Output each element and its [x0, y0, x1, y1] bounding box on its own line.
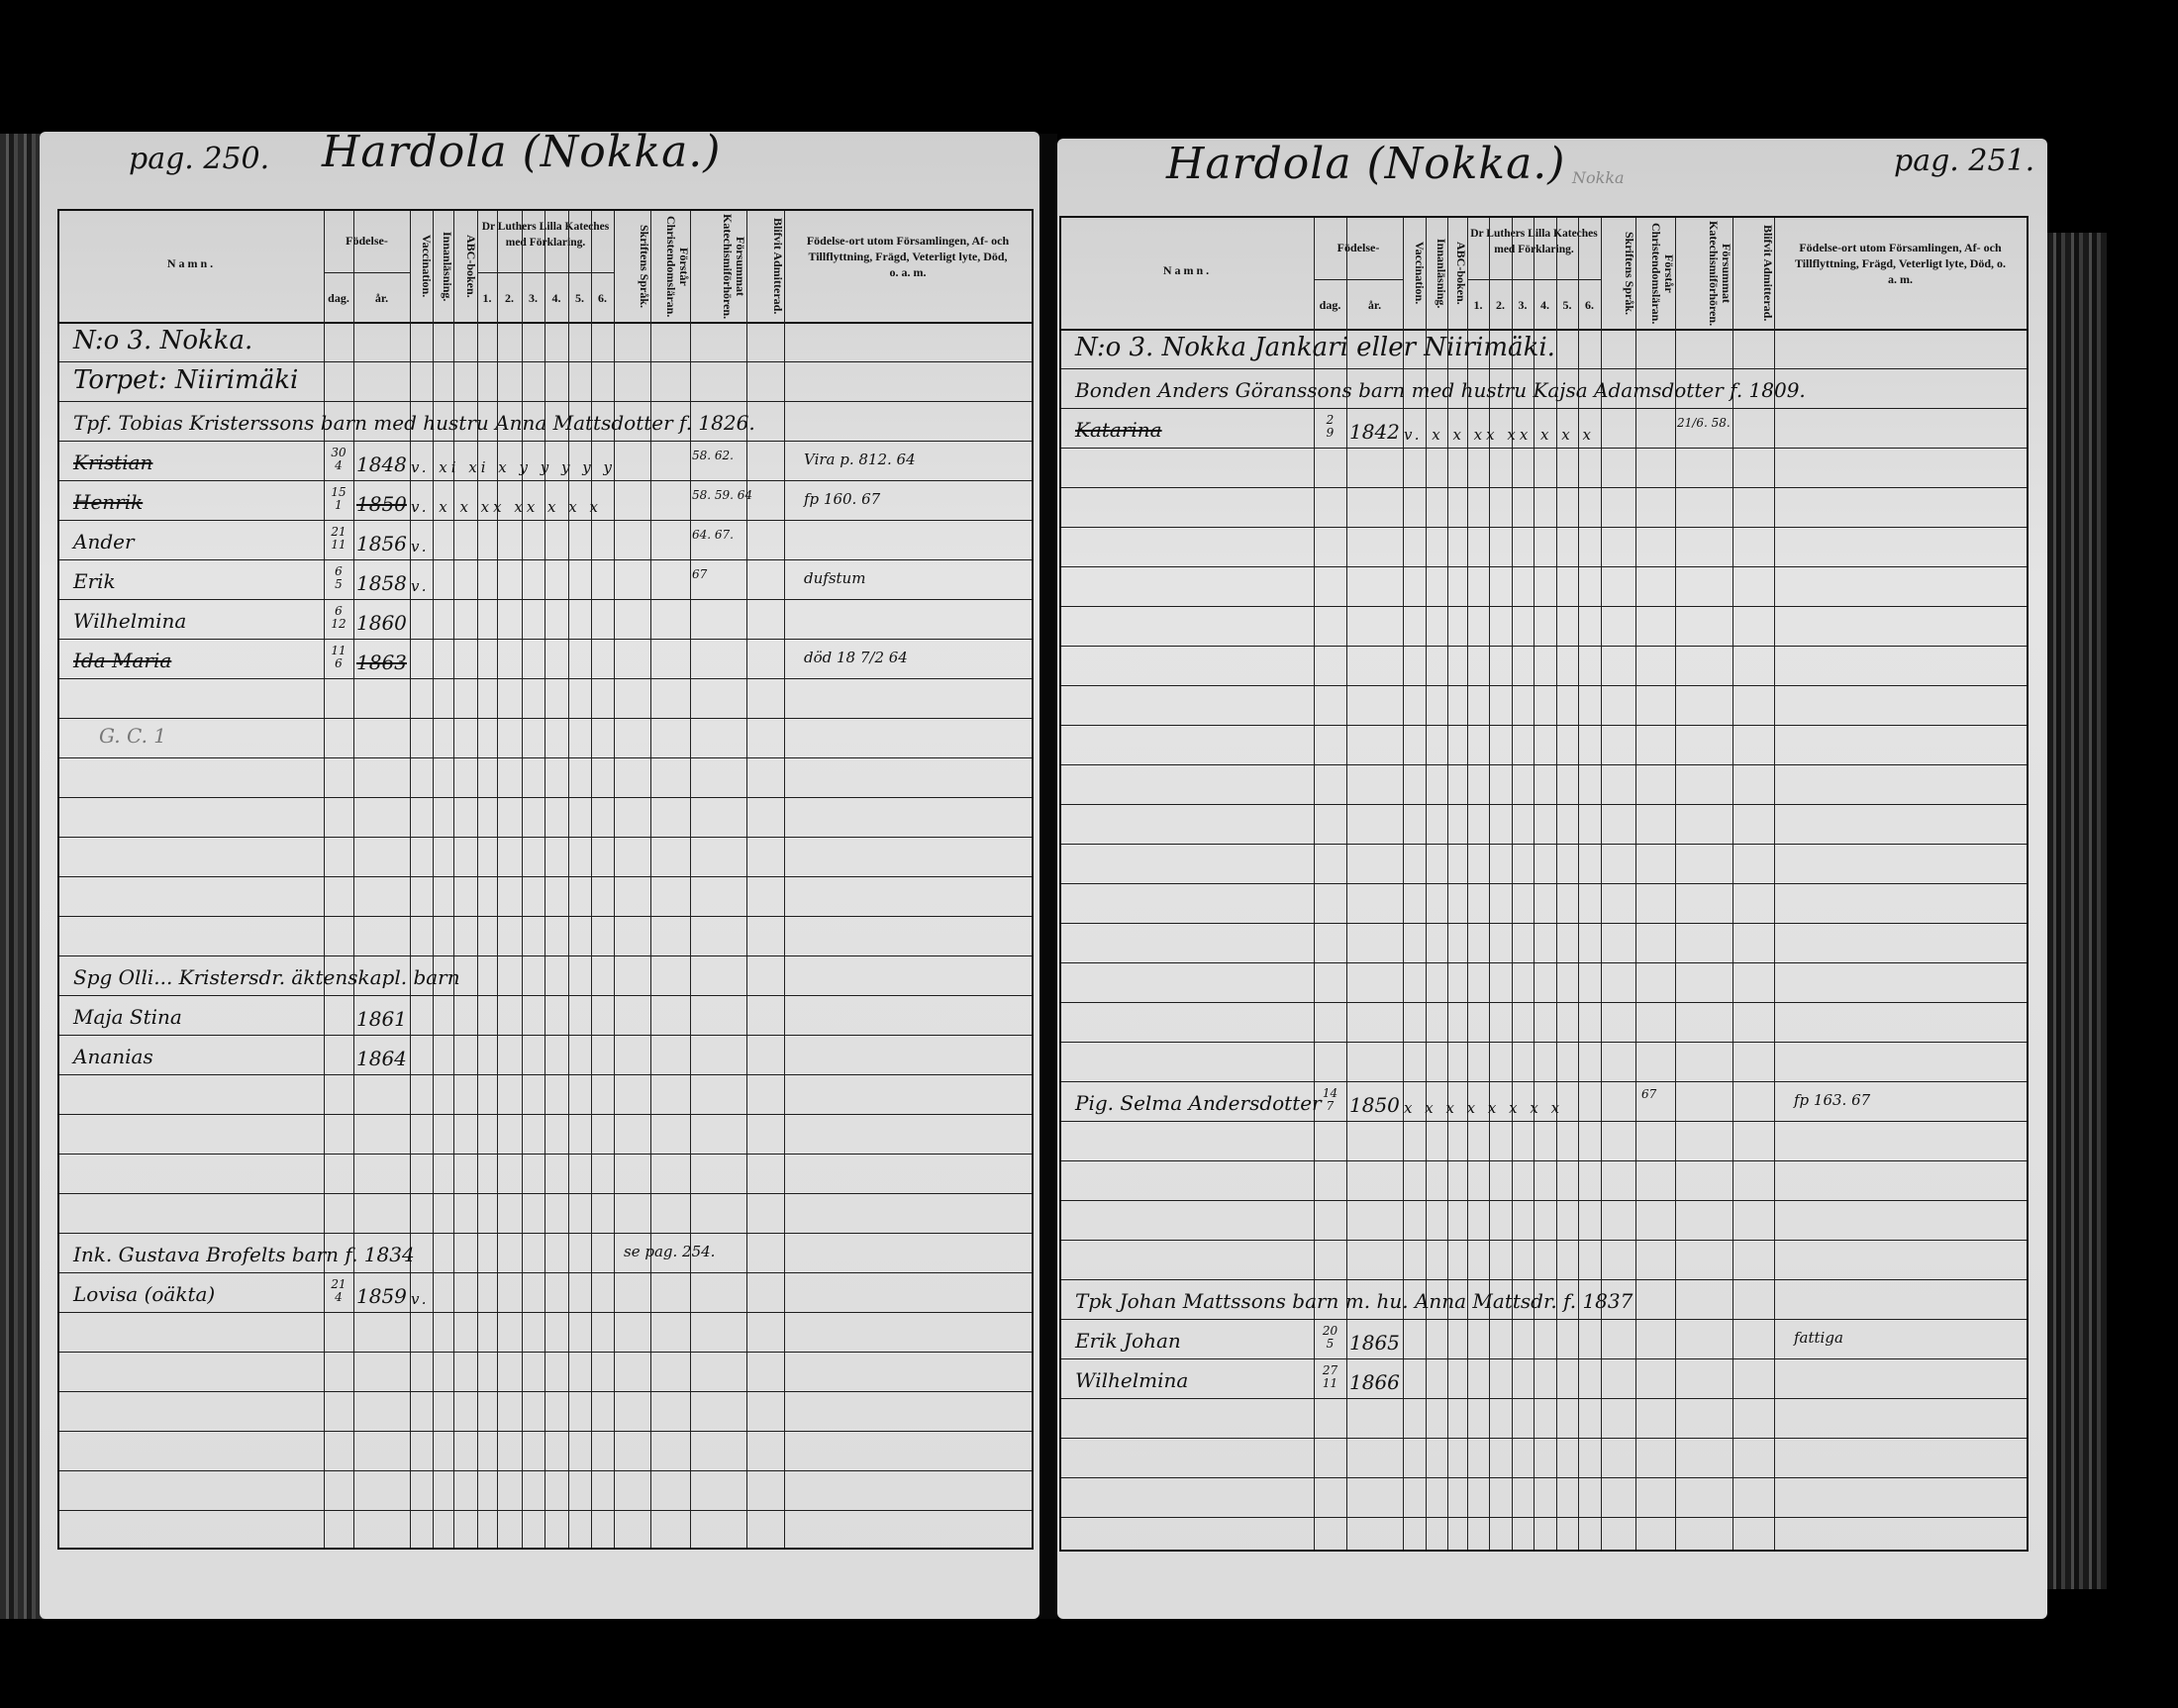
row-rule — [59, 1470, 1032, 1471]
row-rule — [59, 718, 1032, 719]
row-rule — [1061, 1042, 2027, 1043]
row-rule — [1061, 1398, 2027, 1399]
row-rule — [59, 401, 1032, 402]
birth-subheader-rule — [1314, 279, 1403, 280]
entry-name: Wilhelmina — [1075, 1368, 1188, 1392]
reading-marks: v. x x xx xx x x x — [1404, 426, 1595, 444]
row-rule — [1061, 408, 2027, 409]
header-forstar: Förstår Christendomsläran. — [650, 217, 690, 316]
header-luther-part: 4. — [544, 290, 568, 306]
row-rule — [59, 837, 1032, 838]
header-vaccination: Vaccination. — [410, 217, 433, 316]
birth-subheader-rule — [324, 272, 410, 273]
row-rule — [59, 955, 1032, 956]
header-luther-part: 3. — [522, 290, 544, 306]
birth-year: 1850 — [356, 492, 407, 516]
header-blifvit: Blifvit Admitterad. — [1732, 224, 1774, 323]
birth-day-month: 2711 — [1318, 1364, 1342, 1390]
birth-month: 6 — [335, 657, 343, 670]
reading-marks: v. — [411, 1290, 430, 1308]
header-innanlasning: Innanläsning. — [1426, 224, 1447, 323]
right-page: Hardola (Nokka.) Nokka pag. 251. Namn.Fö… — [1057, 139, 2047, 1619]
birth-year: 1860 — [356, 611, 407, 635]
row-rule — [1061, 883, 2027, 884]
row-rule — [59, 1154, 1032, 1155]
row-rule — [59, 1312, 1032, 1313]
row-rule — [1061, 804, 2027, 805]
reading-marks: v. x x xx xx x x x — [411, 498, 602, 516]
entry-name: Erik Johan — [1075, 1329, 1181, 1353]
header-birth-day: dag. — [1314, 297, 1346, 313]
birth-month: 7 — [1327, 1100, 1335, 1113]
row-rule — [59, 678, 1032, 679]
row-rule — [59, 1035, 1032, 1036]
header-luther-part: 1. — [1467, 297, 1489, 313]
entry-name: Pig. Selma Andersdotter — [1075, 1091, 1322, 1115]
birth-month: 4 — [335, 459, 343, 472]
row-rule — [59, 480, 1032, 481]
forsummat-value: 64. 67. — [692, 528, 734, 542]
entry-name: Wilhelmina — [73, 609, 186, 633]
row-rule — [1061, 1240, 2027, 1241]
page-title: Hardola (Nokka.) — [1166, 139, 1565, 189]
row-rule — [1061, 1200, 2027, 1201]
birth-day-month: 29 — [1318, 414, 1342, 440]
entry-name: Kristian — [73, 451, 152, 474]
header-birth-year: år. — [1346, 297, 1403, 313]
birth-day-month: 612 — [328, 605, 349, 631]
page-title: Hardola (Nokka.) — [322, 127, 721, 177]
birth-year: 1859 — [356, 1284, 407, 1308]
entry-name: Lovisa (oäkta) — [73, 1282, 215, 1306]
birth-day-month: 304 — [328, 447, 349, 472]
entry-name: Ida Maria — [73, 649, 171, 672]
row-rule — [59, 995, 1032, 996]
remarks-value: fp 160. 67 — [804, 490, 880, 508]
birth-day-month: 2111 — [328, 526, 349, 552]
row-rule — [59, 757, 1032, 758]
entry-name: Tpf. Tobias Kristerssons barn med hustru… — [73, 411, 755, 435]
remarks-value: fattiga — [1794, 1329, 1843, 1347]
header-forsummat: Försummat Katechismiförhören. — [1675, 224, 1732, 323]
remarks-value: död 18 7/2 64 — [804, 649, 908, 666]
row-rule — [59, 1510, 1032, 1511]
birth-day-month: 205 — [1318, 1325, 1342, 1351]
pencil-note: Nokka — [1572, 168, 1625, 187]
header-forsummat: Försummat Katechismiförhören. — [690, 217, 746, 316]
header-luther-part: 5. — [1556, 297, 1578, 313]
birth-month: 4 — [335, 1291, 343, 1304]
entry-name: Katarina — [1075, 418, 1162, 442]
row-rule — [1061, 1002, 2027, 1003]
header-innanlasning: Innanläsning. — [433, 217, 453, 316]
header-luther-part: 6. — [1578, 297, 1601, 313]
row-rule — [59, 1431, 1032, 1432]
entry-name: Torpet: Niirimäki — [73, 365, 298, 395]
row-rule — [1061, 1438, 2027, 1439]
birth-year: 1864 — [356, 1047, 407, 1070]
header-remarks: Födelse-ort utom Församlingen, Af- och T… — [1794, 240, 2007, 287]
row-rule — [59, 1352, 1032, 1353]
entry-name: Tpk Johan Mattssons barn m. hu. Anna Mat… — [1075, 1289, 1633, 1313]
reading-marks: x x x x x x x x — [1404, 1099, 1563, 1117]
table-header: Namn.Födelse-dag.år.Vaccination.Innanläs… — [1061, 218, 2027, 331]
header-birth: Födelse- — [324, 233, 410, 249]
reading-marks: v. xi xi x y y y y y — [411, 458, 616, 476]
birth-year: 1863 — [356, 651, 407, 674]
register-table-left: Namn.Födelse-dag.år.Vaccination.Innanläs… — [57, 209, 1034, 1550]
birth-month: 9 — [1327, 427, 1335, 440]
entry-name: Spg Olli... Kristersdr. äktenskapl. barn — [73, 965, 460, 989]
birth-day-month: 151 — [328, 486, 349, 512]
row-rule — [1061, 566, 2027, 567]
header-name: Namn. — [1061, 262, 1314, 278]
row-rule — [1061, 1358, 2027, 1359]
birth-day-month: 65 — [328, 565, 349, 591]
book-binding-right — [2047, 233, 2107, 1589]
header-abc: ABC-boken. — [1447, 224, 1467, 323]
row-rule — [1061, 606, 2027, 607]
header-remarks: Födelse-ort utom Församlingen, Af- och T… — [804, 233, 1012, 280]
row-rule — [1061, 1081, 2027, 1082]
header-skriftens: Skriftens Språk. — [614, 217, 650, 316]
birth-year: 1850 — [1349, 1093, 1400, 1117]
forsummat-value: 58. 62. — [692, 449, 734, 462]
entry-name: Ananias — [73, 1045, 153, 1068]
entry-name: N:o 3. Nokka. — [73, 326, 252, 355]
row-rule — [1061, 1477, 2027, 1478]
row-rule — [1061, 764, 2027, 765]
birth-month: 11 — [331, 539, 346, 552]
row-rule — [59, 1193, 1032, 1194]
row-rule — [59, 1272, 1032, 1273]
page-number: pag. 250. — [129, 142, 269, 176]
birth-month: 12 — [331, 618, 346, 631]
row-rule — [1061, 1279, 2027, 1280]
forsummat-value: 21/6. 58. — [1677, 416, 1731, 430]
birth-day-month: 116 — [328, 645, 349, 670]
row-rule — [59, 1391, 1032, 1392]
header-skriftens: Skriftens Språk. — [1601, 224, 1635, 323]
pencil-note: G. C. 1 — [99, 724, 166, 748]
header-luther-part: 2. — [1489, 297, 1512, 313]
row-rule — [1061, 1319, 2027, 1320]
remarks-value: Vira p. 812. 64 — [804, 451, 916, 468]
birth-year: 1865 — [1349, 1331, 1400, 1355]
header-name: Namn. — [59, 255, 324, 271]
row-rule — [1061, 1121, 2027, 1122]
entry-name: Ander — [73, 530, 135, 553]
birth-year: 1856 — [356, 532, 407, 555]
birth-year: 1861 — [356, 1007, 407, 1031]
birth-year: 1866 — [1349, 1370, 1400, 1394]
forsummat-value: 58. 59. 64 — [692, 488, 752, 502]
header-luther-part: 6. — [591, 290, 614, 306]
header-birth-day: dag. — [324, 290, 353, 306]
header-luther-part: 3. — [1512, 297, 1534, 313]
row-rule — [1061, 646, 2027, 647]
row-rule — [59, 1114, 1032, 1115]
header-luther-part: 4. — [1534, 297, 1556, 313]
entry-name: Ink. Gustava Brofelts barn f. 1834 — [73, 1243, 415, 1266]
header-luther-part: 5. — [568, 290, 591, 306]
entry-name: Maja Stina — [73, 1005, 182, 1029]
reading-marks: v. — [411, 538, 430, 555]
row-rule — [1061, 527, 2027, 528]
remarks-value: fp 163. 67 — [1794, 1091, 1870, 1109]
birth-day-month: 147 — [1318, 1087, 1342, 1113]
row-rule — [1061, 1517, 2027, 1518]
remarks-value: se pag. 254. — [624, 1243, 715, 1260]
row-rule — [1061, 487, 2027, 488]
birth-year: 1848 — [356, 452, 407, 476]
entry-name: Erik — [73, 569, 116, 593]
birth-year: 1842 — [1349, 420, 1400, 444]
entry-name: N:o 3. Nokka Jankari eller Niirimäki. — [1075, 333, 1555, 362]
reading-marks: v. — [411, 577, 430, 595]
header-blifvit: Blifvit Admitterad. — [746, 217, 784, 316]
row-rule — [59, 1233, 1032, 1234]
birth-day-month: 214 — [328, 1278, 349, 1304]
row-rule — [1061, 1160, 2027, 1161]
row-rule — [59, 639, 1032, 640]
row-rule — [59, 559, 1032, 560]
birth-year: 1858 — [356, 571, 407, 595]
entry-name: Bonden Anders Göranssons barn med hustru… — [1075, 378, 1806, 402]
row-rule — [59, 1074, 1032, 1075]
row-rule — [1061, 368, 2027, 369]
table-header: Namn.Födelse-dag.år.Vaccination.Innanläs… — [59, 211, 1032, 324]
forstar-value: 67 — [1641, 1087, 1656, 1101]
row-rule — [59, 797, 1032, 798]
column-rule — [784, 211, 785, 1548]
birth-month: 1 — [335, 499, 343, 512]
row-rule — [59, 916, 1032, 917]
header-luther-part: 2. — [497, 290, 522, 306]
row-rule — [1061, 962, 2027, 963]
header-birth-year: år. — [353, 290, 410, 306]
row-rule — [1061, 844, 2027, 845]
birth-month: 5 — [1327, 1338, 1335, 1351]
birth-month: 11 — [1323, 1377, 1337, 1390]
row-rule — [1061, 923, 2027, 924]
header-forstar: Förstår Christendomsläran. — [1635, 224, 1675, 323]
row-rule — [59, 441, 1032, 442]
book-gutter — [1039, 134, 1057, 1619]
row-rule — [1061, 448, 2027, 449]
row-rule — [59, 361, 1032, 362]
header-abc: ABC-boken. — [453, 217, 477, 316]
row-rule — [59, 599, 1032, 600]
row-rule — [1061, 685, 2027, 686]
row-rule — [59, 876, 1032, 877]
left-page: pag. 250. Hardola (Nokka.) Namn.Födelse-… — [40, 132, 1039, 1619]
remarks-value: dufstum — [804, 569, 865, 587]
forsummat-value: 67 — [692, 567, 707, 581]
row-rule — [1061, 725, 2027, 726]
entry-name: Henrik — [73, 490, 143, 514]
header-birth: Födelse- — [1314, 240, 1403, 255]
register-table-right: Namn.Födelse-dag.år.Vaccination.Innanläs… — [1059, 216, 2029, 1552]
page-number: pag. 251. — [1894, 144, 2034, 178]
header-luther-part: 1. — [477, 290, 497, 306]
header-vaccination: Vaccination. — [1403, 224, 1426, 323]
row-rule — [59, 520, 1032, 521]
birth-month: 5 — [335, 578, 343, 591]
